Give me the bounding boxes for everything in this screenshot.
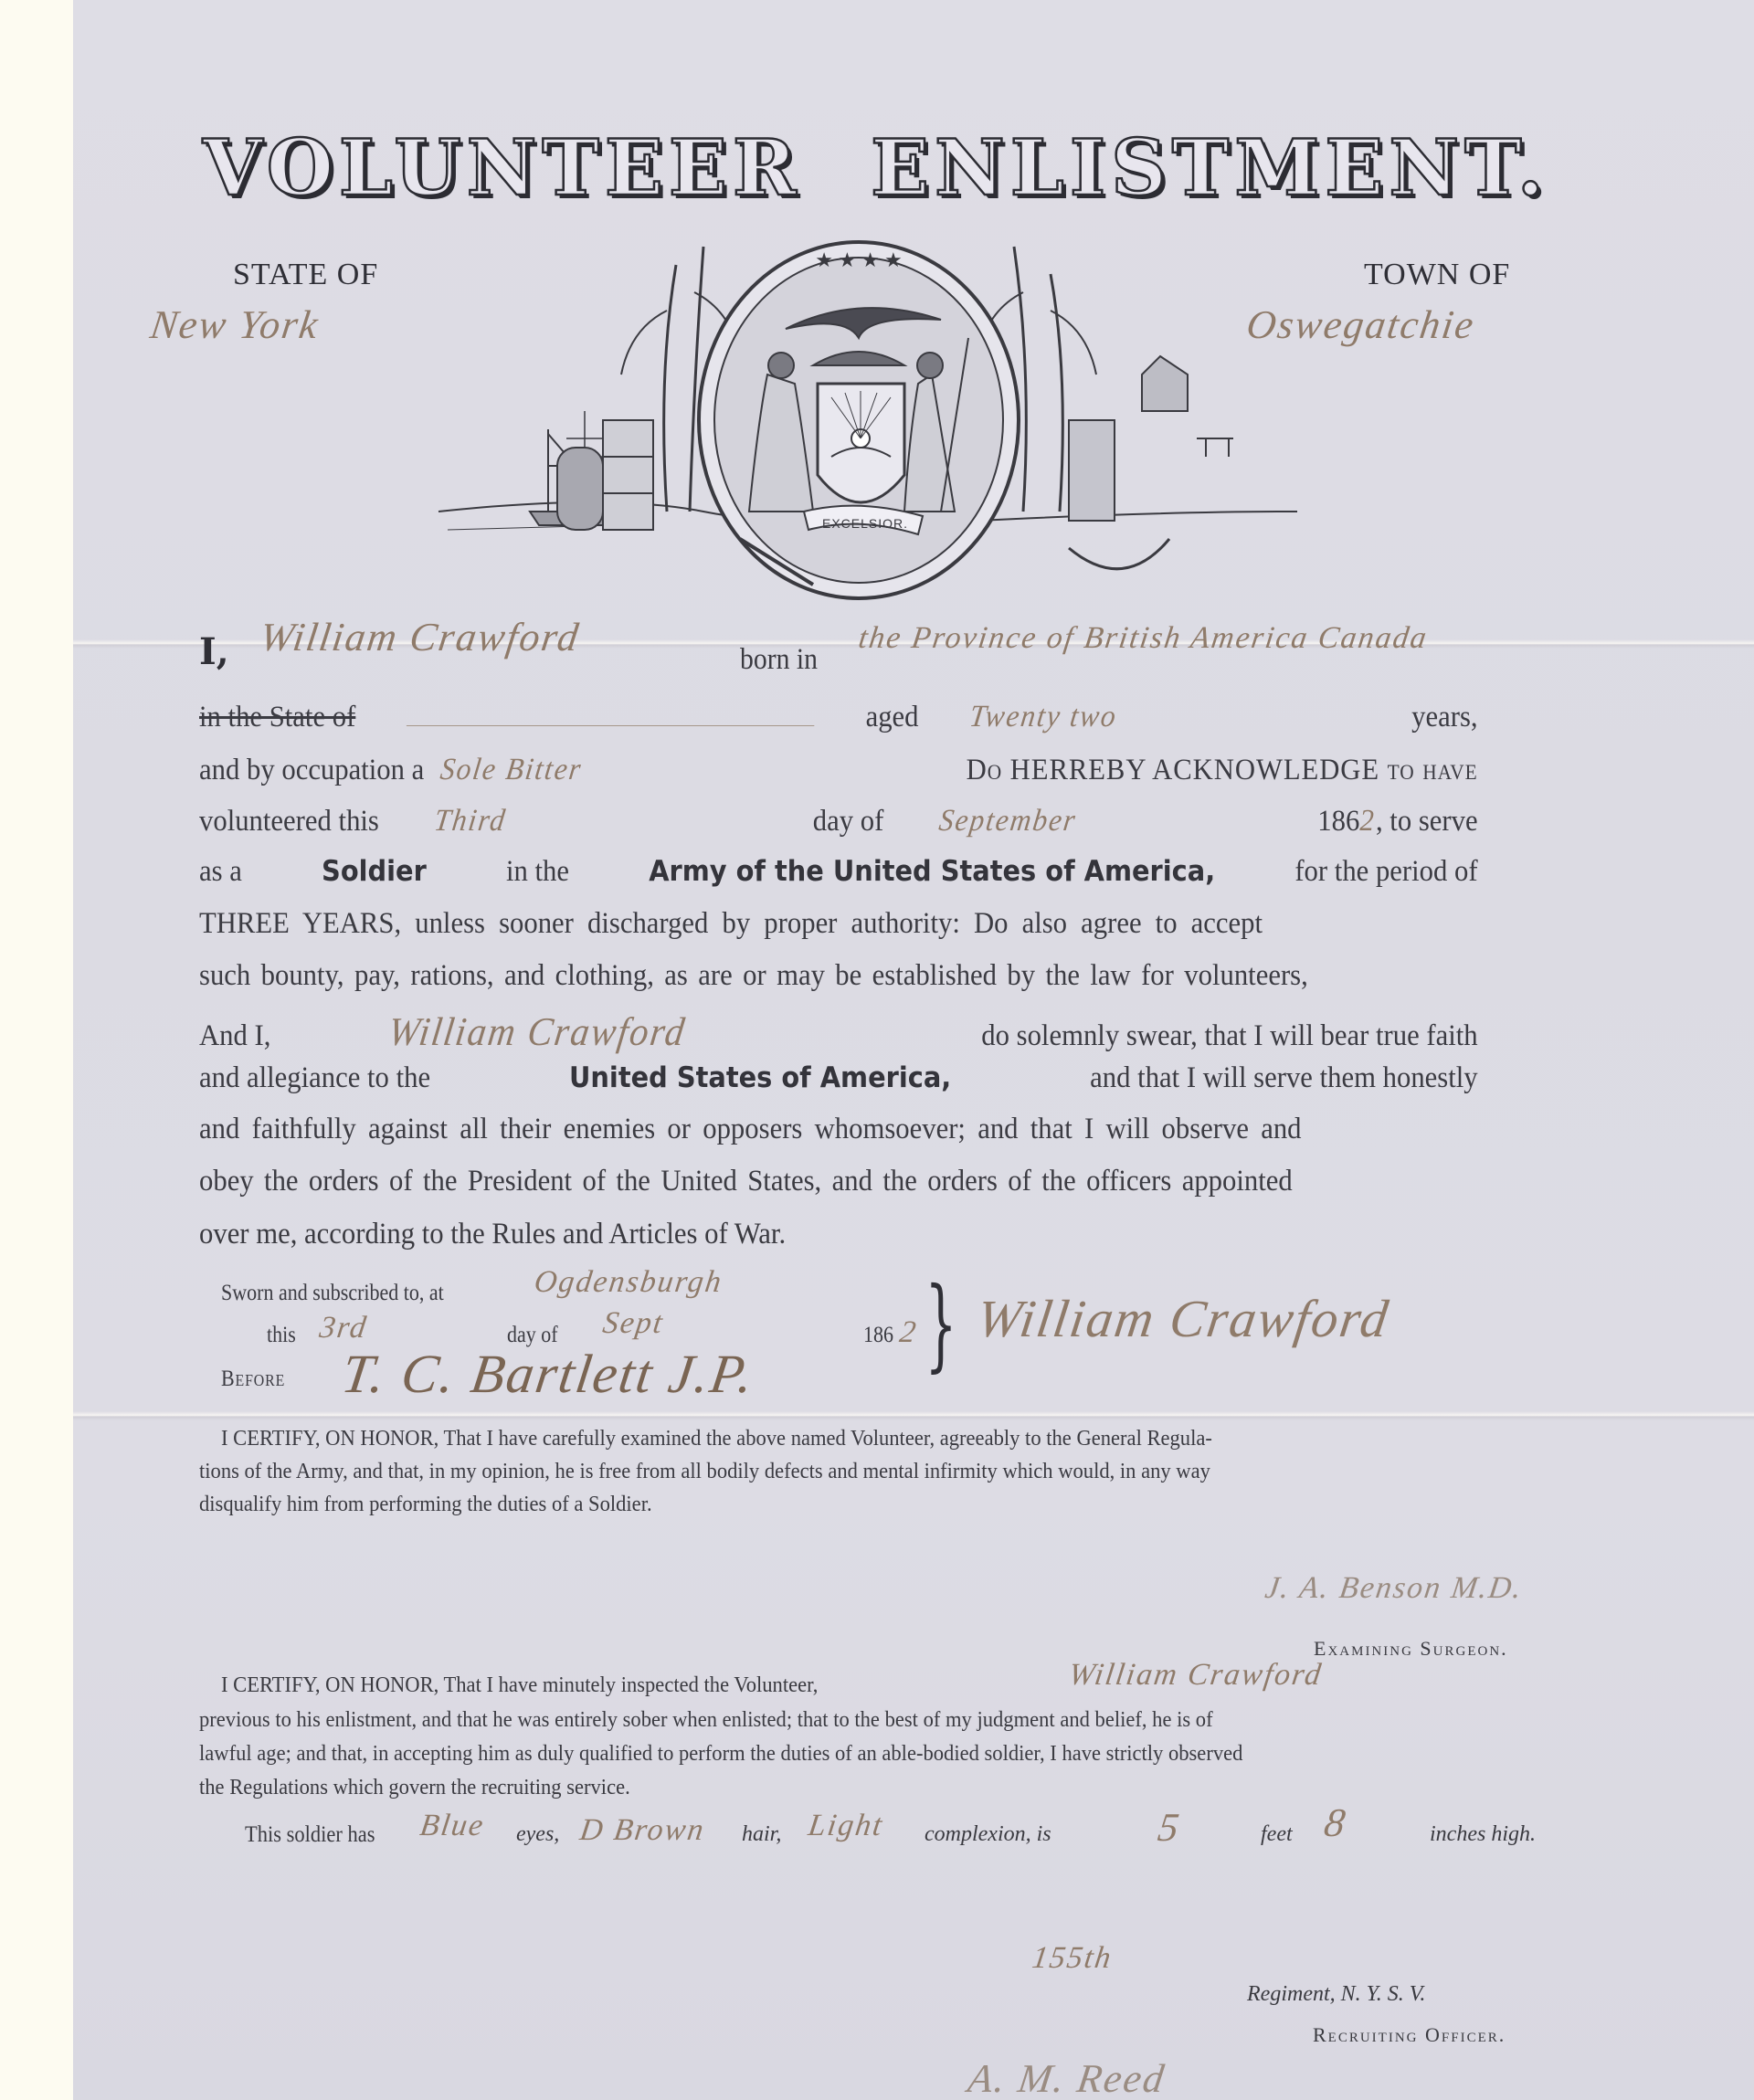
body-line-4: volunteered this Third day of September … <box>199 806 1478 837</box>
eyes-label: eyes, <box>516 1822 559 1847</box>
oath-year-prefix: 186 <box>863 1323 893 1348</box>
surgeon-signature: J. A. Benson M.D. <box>1263 1571 1525 1606</box>
state-field <box>407 725 814 726</box>
coat-of-arms-icon: ★ ★ ★ ★ EXCELSIOR. <box>429 237 1306 621</box>
officer-cert-line-4: the Regulations which govern the recruit… <box>199 1776 630 1800</box>
occupation-handwritten: Sole Bitter <box>438 755 952 786</box>
body-line-11: obey the orders of the President of the … <box>199 1166 1478 1197</box>
officer-cert-line-3: lawful age; and that, in accepting him a… <box>199 1742 1560 1767</box>
regiment-label: Regiment, N. Y. S. V. <box>1247 1982 1425 2007</box>
complexion-handwritten: Light <box>806 1809 885 1843</box>
magistrate-signature: T. C. Bartlett J.P. <box>338 1343 758 1406</box>
surgeon-cert-line-2: tions of the Army, and that, in my opini… <box>199 1460 1560 1484</box>
officer-cert-line-2: previous to his enlistment, and that he … <box>199 1708 1560 1733</box>
body-line-7: such bounty, pay, rations, and clothing,… <box>199 961 1478 991</box>
town-label: TOWN OF <box>1364 258 1510 292</box>
birthplace-handwritten: the Province of British America Canada <box>856 621 1610 656</box>
day-handwritten: Third <box>432 806 759 837</box>
document-title: VOLUNTEER ENLISTMENT. <box>203 130 1573 206</box>
officer-signature: A. M. Reed <box>965 2055 1168 2100</box>
feet-label: feet <box>1261 1822 1293 1847</box>
examining-surgeon-label: Examining Surgeon. <box>1314 1637 1508 1661</box>
description-prefix: This soldier has <box>245 1822 375 1848</box>
body-line-3: and by occupation a Sole Bitter Do HERRE… <box>199 755 1478 786</box>
body-line-12: over me, according to the Rules and Arti… <box>199 1218 786 1251</box>
svg-text:★ ★ ★ ★: ★ ★ ★ ★ <box>815 248 902 271</box>
brace-symbol: } <box>925 1265 957 1382</box>
oath-name-handwritten: William Crawford <box>386 1012 867 1052</box>
complexion-label: complexion, is <box>925 1822 1051 1847</box>
oath-this-label: this <box>267 1323 296 1348</box>
eye-color-handwritten: Blue <box>417 1809 487 1843</box>
enlistee-name-handwritten: William Crawford <box>257 614 583 660</box>
oath-day-handwritten: 3rd <box>317 1311 369 1345</box>
body-line-2: in the State of aged Twenty two years, <box>199 702 1478 733</box>
body-line-8: And I, William Crawford do solemnly swea… <box>199 1012 1478 1052</box>
hair-label: hair, <box>742 1822 781 1847</box>
surgeon-cert-line-1: I CERTIFY, ON HONOR, That I have careful… <box>221 1427 1514 1451</box>
body-line-6: THREE YEARS, unless sooner discharged by… <box>199 909 1478 939</box>
seal-motto: EXCELSIOR. <box>822 516 908 531</box>
state-value-handwritten: New York <box>147 301 322 348</box>
state-seal-engraving: ★ ★ ★ ★ EXCELSIOR. <box>429 237 1306 621</box>
officer-cert-line-1: I CERTIFY, ON HONOR, That I have minutel… <box>221 1673 818 1698</box>
volunteer-signature: William Crawford <box>973 1288 1393 1349</box>
enlistee-prefix: I, <box>199 630 229 673</box>
officer-cert-volunteer-name: William Crawford <box>1066 1658 1325 1693</box>
born-in-label: born in <box>740 643 818 677</box>
body-line-5: as a Soldier in the Army of the United S… <box>199 857 1478 887</box>
scan-margin <box>0 0 73 2100</box>
surgeon-cert-line-3: disqualify him from performing the dutie… <box>199 1493 652 1517</box>
sworn-label: Sworn and subscribed to, at <box>221 1281 444 1306</box>
year-digit-handwritten: 2 <box>1359 804 1376 838</box>
recruiting-officer-label: Recruiting Officer. <box>1313 2023 1506 2047</box>
sworn-place-handwritten: Ogdensburgh <box>532 1265 724 1300</box>
month-handwritten: September <box>937 806 1264 837</box>
fold-crease-lower <box>73 1411 1754 1420</box>
regiment-number-handwritten: 155th <box>1030 1941 1115 1976</box>
body-line-10: and faithfully against all their enemies… <box>199 1114 1478 1145</box>
inches-label: inches high. <box>1430 1822 1536 1847</box>
body-line-9: and allegiance to the United States of A… <box>199 1063 1478 1093</box>
state-label: STATE OF <box>233 258 378 292</box>
hair-color-handwritten: D Brown <box>577 1813 707 1848</box>
oath-month-handwritten: Sept <box>600 1306 666 1341</box>
age-handwritten: Twenty two <box>967 702 1362 733</box>
before-label: Before <box>221 1367 285 1392</box>
